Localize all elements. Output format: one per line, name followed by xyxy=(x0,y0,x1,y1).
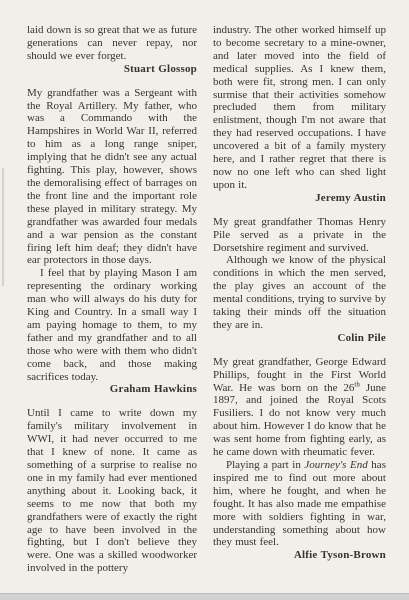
paragraph: My great grandfather Thomas Henry Pile s… xyxy=(213,216,386,255)
column-right: industry. The other worked himself up to… xyxy=(213,24,386,575)
paragraph: Until I came to write down my family's m… xyxy=(27,407,197,575)
text-columns: laid down is so great that we as future … xyxy=(27,24,386,575)
signature: Alfie Tyson-Brown xyxy=(213,549,386,562)
paragraph: My great grandfather, George Edward Phil… xyxy=(213,356,386,459)
paragraph: Although we know of the physical conditi… xyxy=(213,254,386,331)
paragraph: industry. The other worked himself up to… xyxy=(213,24,386,192)
signature: Graham Hawkins xyxy=(27,383,197,396)
paragraph: My grandfather was a Sergeant with the R… xyxy=(27,87,197,268)
page-bottom-edge-shadow xyxy=(0,593,409,600)
column-left: laid down is so great that we as future … xyxy=(27,24,197,575)
paragraph: I feel that by playing Mason I am repres… xyxy=(27,267,197,383)
paragraph: laid down is so great that we as future … xyxy=(27,24,197,63)
page-left-edge-artifact xyxy=(2,168,4,286)
paragraph: Playing a part in Journey's End has insp… xyxy=(213,459,386,549)
signature: Colin Pile xyxy=(213,332,386,345)
signature: Stuart Glossop xyxy=(27,63,197,76)
scanned-page: laid down is so great that we as future … xyxy=(0,0,409,600)
signature: Jeremy Austin xyxy=(213,192,386,205)
